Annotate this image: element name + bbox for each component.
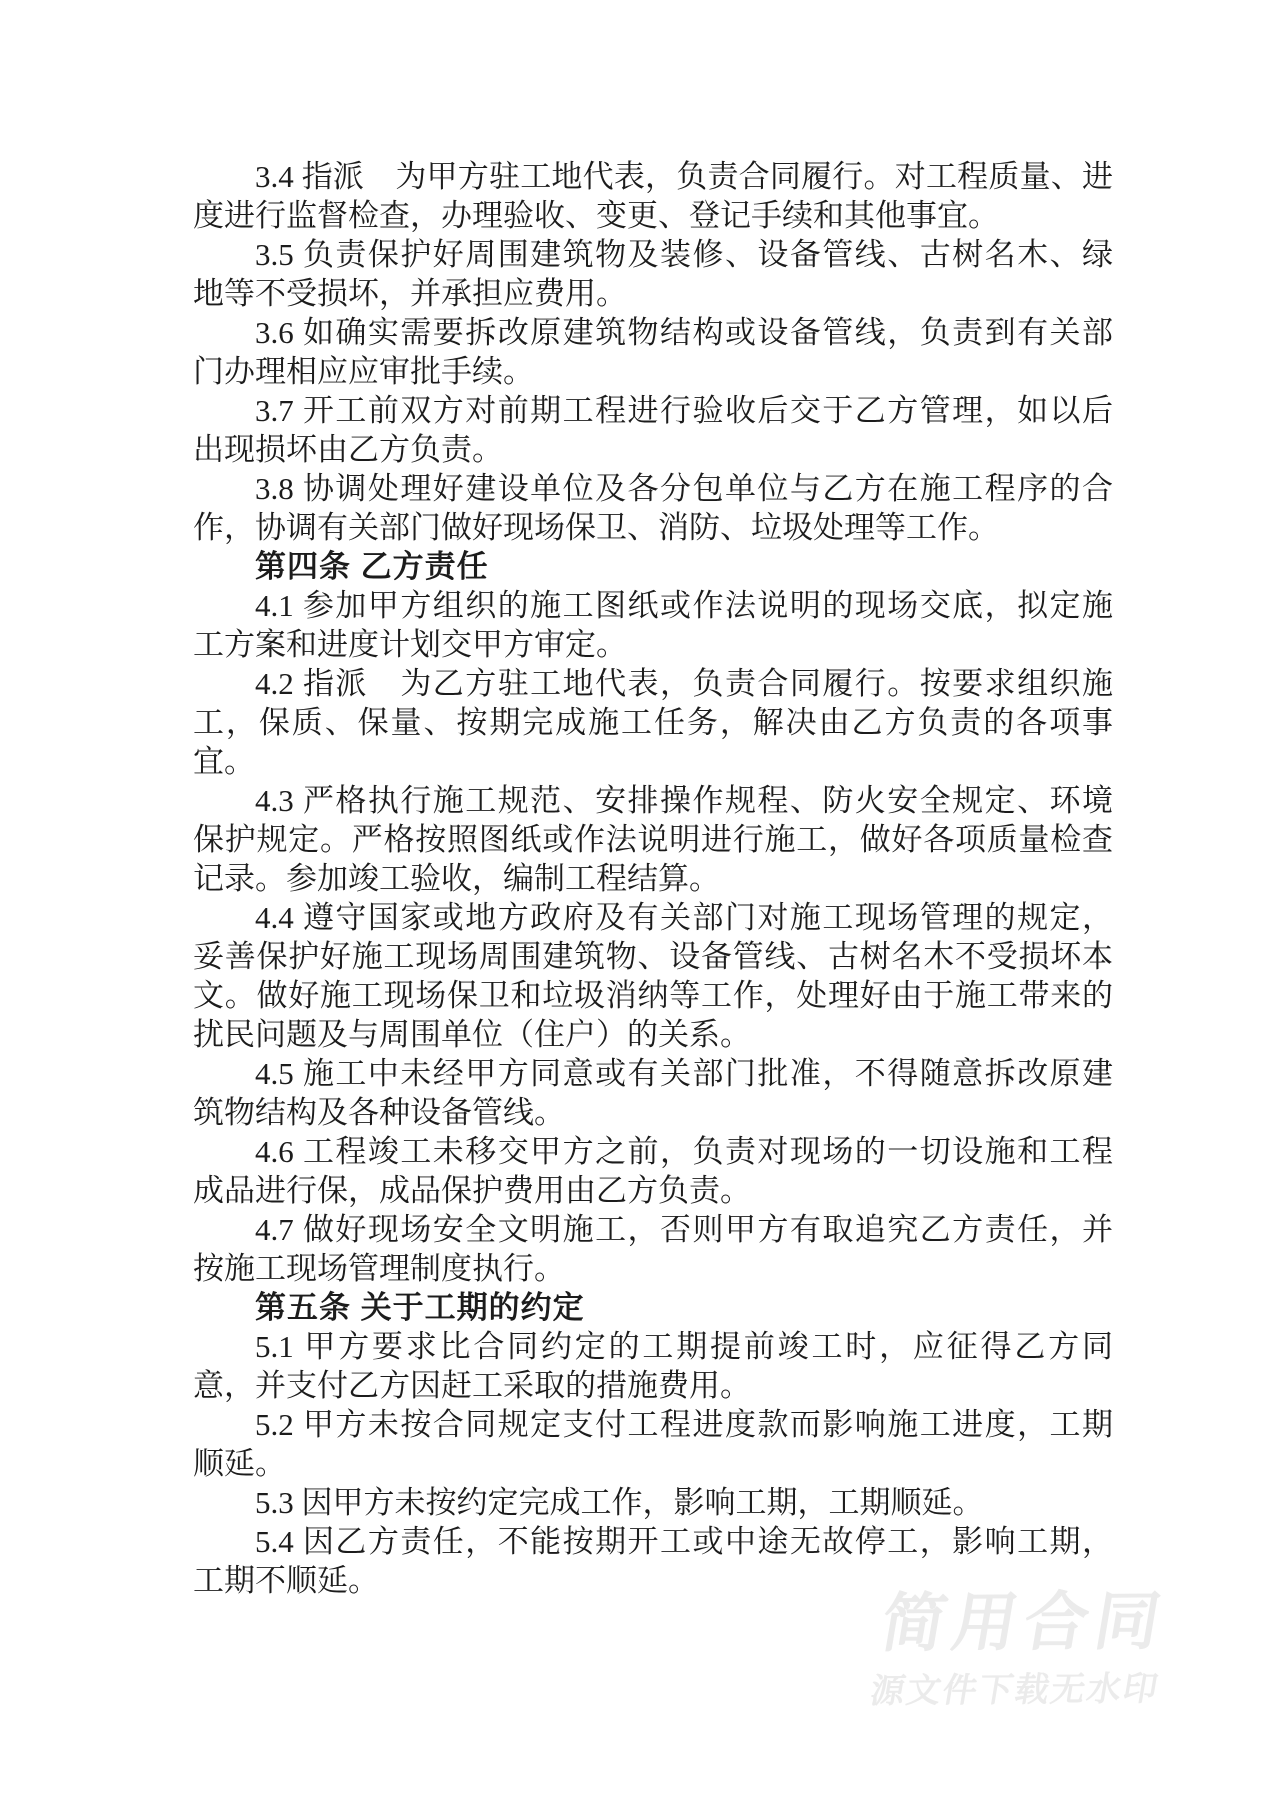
text-line: 作，协调有关部门做好现场保卫、消防、垃圾处理等工作。 (193, 508, 1113, 547)
text-line: 妥善保护好施工现场周围建筑物、设备管线、古树名木不受损坏本 (193, 937, 1113, 976)
text-line: 5.1 甲方要求比合同约定的工期提前竣工时，应征得乙方同 (193, 1327, 1113, 1366)
paragraph: 3.8 协调处理好建设单位及各分包单位与乙方在施工程序的合作，协调有关部门做好现… (193, 469, 1113, 547)
text-line: 5.4 因乙方责任，不能按期开工或中途无故停工，影响工期， (193, 1522, 1113, 1561)
text-line: 第五条 关于工期的约定 (193, 1288, 1113, 1327)
text-line: 宜。 (193, 742, 1113, 781)
text-line: 记录。参加竣工验收，编制工程结算。 (193, 859, 1113, 898)
text-line: 顺延。 (193, 1444, 1113, 1483)
section-heading: 第四条 乙方责任 (193, 547, 1113, 586)
paragraph: 5.2 甲方未按合同规定支付工程进度款而影响施工进度，工期顺延。 (193, 1405, 1113, 1483)
text-line: 4.1 参加甲方组织的施工图纸或作法说明的现场交底，拟定施 (193, 586, 1113, 625)
section-heading: 第五条 关于工期的约定 (193, 1288, 1113, 1327)
text-line: 工方案和进度计划交甲方审定。 (193, 625, 1113, 664)
text-line: 意，并支付乙方因赶工采取的措施费用。 (193, 1366, 1113, 1405)
text-line: 5.2 甲方未按合同规定支付工程进度款而影响施工进度，工期 (193, 1405, 1113, 1444)
text-line: 4.3 严格执行施工规范、安排操作规程、防火安全规定、环境 (193, 781, 1113, 820)
paragraph: 4.6 工程竣工未移交甲方之前，负责对现场的一切设施和工程成品进行保，成品保护费… (193, 1132, 1113, 1210)
paragraph: 3.5 负责保护好周围建筑物及装修、设备管线、古树名木、绿地等不受损坏，并承担应… (193, 235, 1113, 313)
text-line: 3.6 如确实需要拆改原建筑物结构或设备管线，负责到有关部 (193, 313, 1113, 352)
watermark-subtitle: 源文件下载无水印 (868, 1671, 1205, 1710)
paragraph: 4.5 施工中未经甲方同意或有关部门批准，不得随意拆改原建筑物结构及各种设备管线… (193, 1054, 1113, 1132)
document-body: 3.4 指派 为甲方驻工地代表，负责合同履行。对工程质量、进度进行监督检查，办理… (193, 157, 1113, 1600)
text-line: 度进行监督检查，办理验收、变更、登记手续和其他事宜。 (193, 196, 1113, 235)
text-line: 4.6 工程竣工未移交甲方之前，负责对现场的一切设施和工程 (193, 1132, 1113, 1171)
text-line: 3.4 指派 为甲方驻工地代表，负责合同履行。对工程质量、进 (193, 157, 1113, 196)
text-line: 扰民问题及与周围单位（住户）的关系。 (193, 1015, 1113, 1054)
text-line: 成品进行保，成品保护费用由乙方负责。 (193, 1171, 1113, 1210)
text-line: 工期不顺延。 (193, 1561, 1113, 1600)
watermark: 简用合同 源文件下载无水印 (868, 1587, 1219, 1710)
paragraph: 4.3 严格执行施工规范、安排操作规程、防火安全规定、环境保护规定。严格按照图纸… (193, 781, 1113, 898)
paragraph: 3.4 指派 为甲方驻工地代表，负责合同履行。对工程质量、进度进行监督检查，办理… (193, 157, 1113, 235)
text-line: 5.3 因甲方未按约定完成工作，影响工期，工期顺延。 (193, 1483, 1113, 1522)
text-line: 门办理相应应审批手续。 (193, 352, 1113, 391)
paragraph: 4.4 遵守国家或地方政府及有关部门对施工现场管理的规定，妥善保护好施工现场周围… (193, 898, 1113, 1054)
paragraph: 5.4 因乙方责任，不能按期开工或中途无故停工，影响工期，工期不顺延。 (193, 1522, 1113, 1600)
paragraph: 4.2 指派 为乙方驻工地代表，负责合同履行。按要求组织施工，保质、保量、按期完… (193, 664, 1113, 781)
text-line: 3.8 协调处理好建设单位及各分包单位与乙方在施工程序的合 (193, 469, 1113, 508)
text-line: 筑物结构及各种设备管线。 (193, 1093, 1113, 1132)
text-line: 3.7 开工前双方对前期工程进行验收后交于乙方管理，如以后 (193, 391, 1113, 430)
text-line: 4.4 遵守国家或地方政府及有关部门对施工现场管理的规定， (193, 898, 1113, 937)
text-line: 4.2 指派 为乙方驻工地代表，负责合同履行。按要求组织施 (193, 664, 1113, 703)
paragraph: 3.7 开工前双方对前期工程进行验收后交于乙方管理，如以后出现损坏由乙方负责。 (193, 391, 1113, 469)
text-line: 按施工现场管理制度执行。 (193, 1249, 1113, 1288)
paragraph: 5.3 因甲方未按约定完成工作，影响工期，工期顺延。 (193, 1483, 1113, 1522)
paragraph: 4.7 做好现场安全文明施工，否则甲方有取追究乙方责任，并按施工现场管理制度执行… (193, 1210, 1113, 1288)
text-line: 工，保质、保量、按期完成施工任务，解决由乙方负责的各项事 (193, 703, 1113, 742)
contract-page: 3.4 指派 为甲方驻工地代表，负责合同履行。对工程质量、进度进行监督检查，办理… (0, 0, 1280, 1810)
text-line: 第四条 乙方责任 (193, 547, 1113, 586)
text-line: 出现损坏由乙方负责。 (193, 430, 1113, 469)
paragraph: 3.6 如确实需要拆改原建筑物结构或设备管线，负责到有关部门办理相应应审批手续。 (193, 313, 1113, 391)
text-line: 文。做好施工现场保卫和垃圾消纳等工作，处理好由于施工带来的 (193, 976, 1113, 1015)
text-line: 地等不受损坏，并承担应费用。 (193, 274, 1113, 313)
text-line: 保护规定。严格按照图纸或作法说明进行施工，做好各项质量检查 (193, 820, 1113, 859)
text-line: 3.5 负责保护好周围建筑物及装修、设备管线、古树名木、绿 (193, 235, 1113, 274)
text-line: 4.5 施工中未经甲方同意或有关部门批准，不得随意拆改原建 (193, 1054, 1113, 1093)
paragraph: 4.1 参加甲方组织的施工图纸或作法说明的现场交底，拟定施工方案和进度计划交甲方… (193, 586, 1113, 664)
text-line: 4.7 做好现场安全文明施工，否则甲方有取追究乙方责任，并 (193, 1210, 1113, 1249)
paragraph: 5.1 甲方要求比合同约定的工期提前竣工时，应征得乙方同意，并支付乙方因赶工采取… (193, 1327, 1113, 1405)
